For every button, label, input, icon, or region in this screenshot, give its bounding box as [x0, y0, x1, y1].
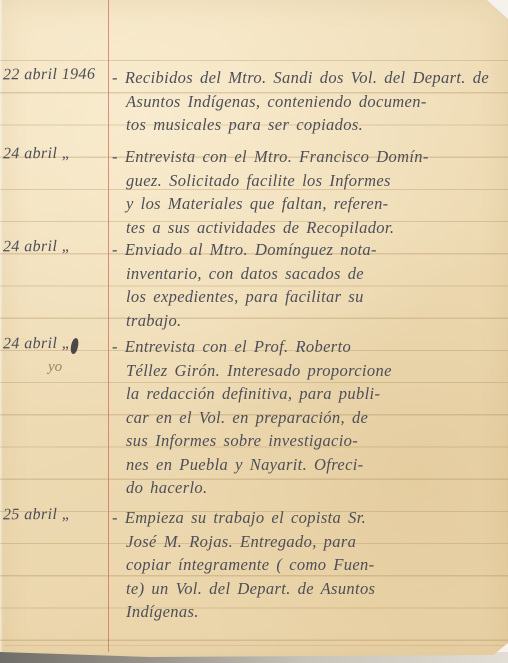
entry-line: - Enviado al Mtro. Domínguez nota- [112, 238, 504, 262]
entry-line: Téllez Girón. Interesado proporcione [112, 359, 504, 383]
entry-date: 24 abril „ [3, 335, 107, 354]
entry-date: 22 abril 1946 [3, 66, 107, 85]
entry-line: copiar íntegramente ( como Fuen- [112, 553, 504, 577]
entry-line: trabajo. [112, 309, 504, 333]
entry-line: Asuntos Indígenas, conteniendo documen- [112, 90, 504, 114]
entry-line: car en el Vol. en preparación, de [112, 406, 504, 430]
entry-date-note: yo [48, 359, 62, 376]
entry-line: Indígenas. [112, 600, 504, 624]
bottom-margin-rule [4, 645, 504, 646]
notebook-page: 22 abril 1946 - Recibidos del Mtro. Sand… [0, 0, 508, 660]
entry-line: guez. Solicitado facilite los Informes [112, 169, 504, 193]
scanned-document-view: 22 abril 1946 - Recibidos del Mtro. Sand… [0, 0, 508, 663]
entry-line: inventario, con datos sacados de [112, 262, 504, 286]
entry-line: - Entrevista con el Prof. Roberto [112, 335, 504, 359]
entry-line: te) un Vol. del Depart. de Asuntos [112, 577, 504, 601]
red-margin-line [108, 0, 109, 652]
entry-line: tos musicales para ser copiados. [112, 113, 504, 137]
entry-body: - Empieza su trabajo el copista Sr. José… [112, 506, 504, 624]
entry-line: - Empieza su trabajo el copista Sr. [112, 506, 504, 530]
entry-body: - Recibidos del Mtro. Sandi dos Vol. del… [112, 66, 504, 137]
entry-line: sus Informes sobre investigacio- [112, 429, 504, 453]
entry-body: - Entrevista con el Prof. Roberto Téllez… [112, 335, 504, 500]
entry-date: 25 abril „ [3, 506, 107, 525]
entry-date: 24 abril „ [3, 238, 107, 257]
entry-body: - Enviado al Mtro. Domínguez nota- inven… [112, 238, 504, 332]
entry-date: 24 abril „ [3, 145, 107, 164]
entry-line: - Entrevista con el Mtro. Francisco Domí… [112, 145, 504, 169]
entry-line: la redacción definitiva, para publi- [112, 382, 504, 406]
entry-line: los expedientes, para facilitar su [112, 285, 504, 309]
entry-line: nes en Puebla y Nayarit. Ofreci- [112, 453, 504, 477]
entry-line: - Recibidos del Mtro. Sandi dos Vol. del… [112, 66, 504, 90]
entry-line: do hacerlo. [112, 476, 504, 500]
entry-body: - Entrevista con el Mtro. Francisco Domí… [112, 145, 504, 239]
entry-line: tes a sus actividades de Recopilador. [112, 216, 504, 240]
entry-line: y los Materiales que faltan, referen- [112, 192, 504, 216]
entry-line: José M. Rojas. Entregado, para [112, 530, 504, 554]
